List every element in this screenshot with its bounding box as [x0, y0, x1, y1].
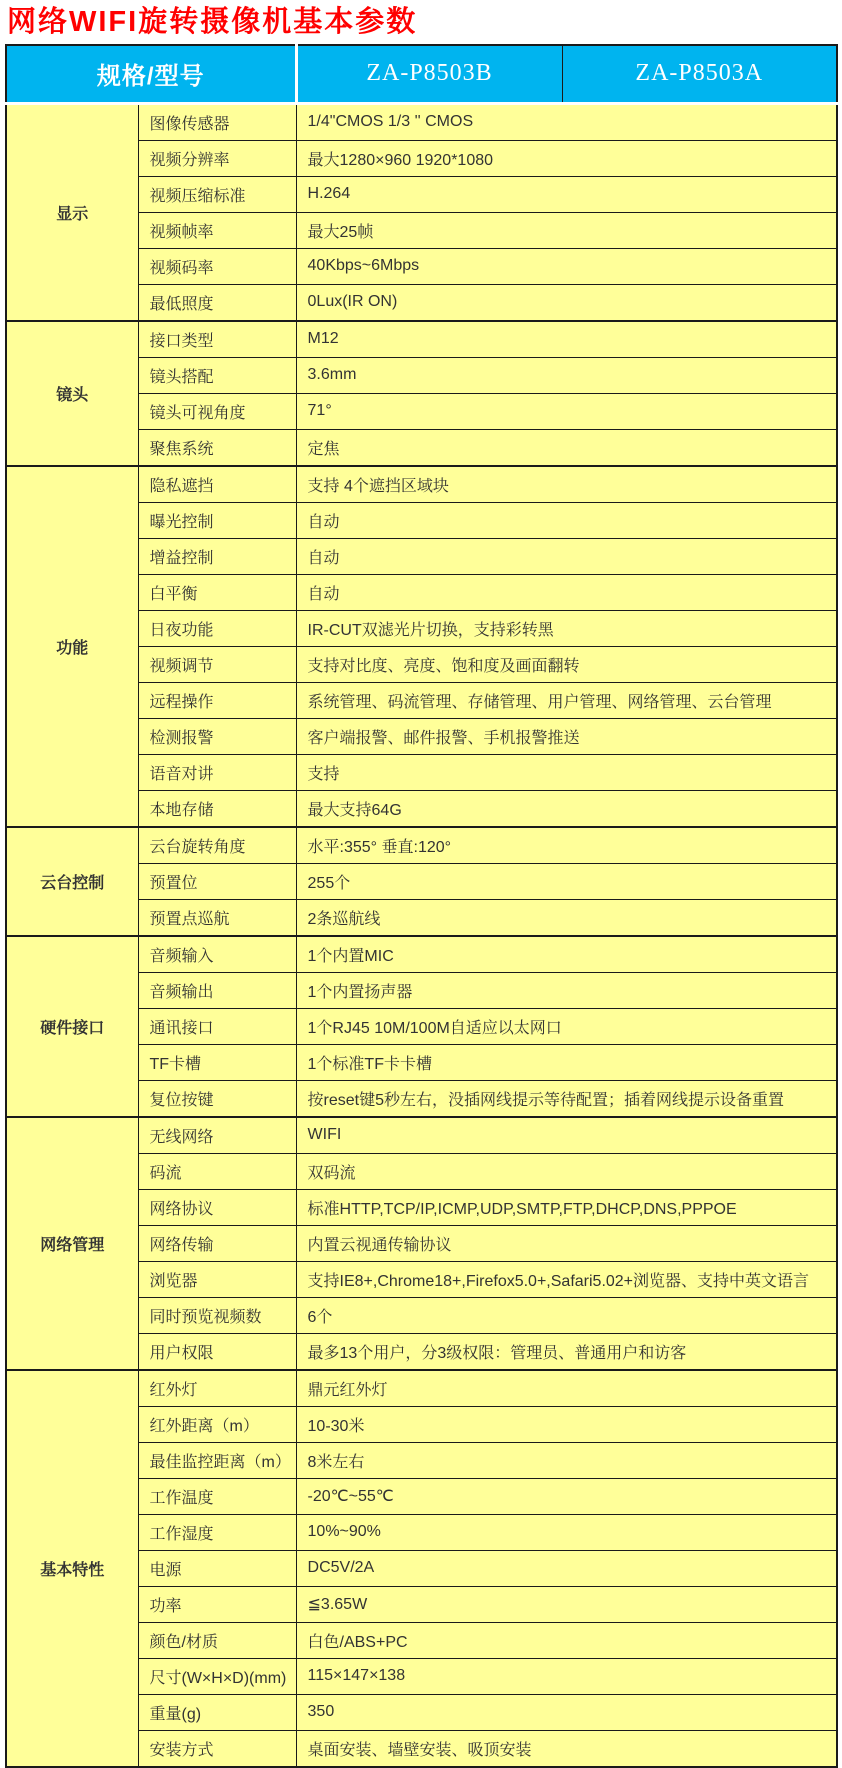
- spec-label-cell: 最佳监控距离（m）: [138, 1442, 296, 1478]
- spec-label-cell: 视频压缩标准: [138, 176, 296, 212]
- spec-value-cell: 桌面安装、墙壁安装、吸顶安装: [296, 1730, 837, 1767]
- spec-value-cell: 自动: [296, 574, 837, 610]
- spec-value-cell: ≦3.65W: [296, 1586, 837, 1622]
- spec-value-cell: 0Lux(IR ON): [296, 284, 837, 321]
- header-row: 规格/型号 ZA-P8503B ZA-P8503A: [6, 45, 837, 104]
- spec-value-cell: 双码流: [296, 1153, 837, 1189]
- spec-row: 功能隐私遮挡支持 4个遮挡区域块: [6, 466, 837, 503]
- spec-value-cell: 鼎元红外灯: [296, 1370, 837, 1407]
- table-body: 显示图像传感器1/4"CMOS 1/3 '' CMOS视频分辨率最大1280×9…: [6, 103, 837, 1767]
- spec-label-cell: 复位按键: [138, 1080, 296, 1117]
- spec-value-cell: 定焦: [296, 429, 837, 466]
- spec-label-cell: 远程操作: [138, 682, 296, 718]
- header-model-a: ZA-P8503A: [562, 45, 837, 104]
- spec-value-cell: 白色/ABS+PC: [296, 1622, 837, 1658]
- spec-value-cell: 40Kbps~6Mbps: [296, 248, 837, 284]
- spec-value-cell: 6个: [296, 1297, 837, 1333]
- spec-value-cell: 最大1280×960 1920*1080: [296, 140, 837, 176]
- spec-row: 云台控制云台旋转角度水平:355° 垂直:120°: [6, 827, 837, 864]
- spec-label-cell: 隐私遮挡: [138, 466, 296, 503]
- spec-label-cell: 网络传输: [138, 1225, 296, 1261]
- spec-label-cell: 安装方式: [138, 1730, 296, 1767]
- spec-label-cell: 尺寸(W×H×D)(mm): [138, 1658, 296, 1694]
- spec-label-cell: 本地存储: [138, 790, 296, 827]
- spec-value-cell: 115×147×138: [296, 1658, 837, 1694]
- spec-value-cell: 1个RJ45 10M/100M自适应以太网口: [296, 1008, 837, 1044]
- spec-label-cell: 接口类型: [138, 321, 296, 358]
- spec-label-cell: 网络协议: [138, 1189, 296, 1225]
- spec-value-cell: 最多13个用户，分3级权限：管理员、普通用户和访客: [296, 1333, 837, 1370]
- spec-label-cell: 图像传感器: [138, 103, 296, 140]
- spec-label-cell: 红外灯: [138, 1370, 296, 1407]
- spec-label-cell: 检测报警: [138, 718, 296, 754]
- spec-label-cell: 云台旋转角度: [138, 827, 296, 864]
- spec-value-cell: 1个内置MIC: [296, 936, 837, 973]
- spec-label-cell: 视频分辨率: [138, 140, 296, 176]
- spec-value-cell: 最大25帧: [296, 212, 837, 248]
- spec-value-cell: 按reset键5秒左右，没插网线提示等待配置；插着网线提示设备重置: [296, 1080, 837, 1117]
- spec-label-cell: 重量(g): [138, 1694, 296, 1730]
- spec-value-cell: 支持: [296, 754, 837, 790]
- spec-label-cell: 通讯接口: [138, 1008, 296, 1044]
- spec-value-cell: 1/4"CMOS 1/3 '' CMOS: [296, 103, 837, 140]
- spec-value-cell: 1个标准TF卡卡槽: [296, 1044, 837, 1080]
- table-header: 规格/型号 ZA-P8503B ZA-P8503A: [6, 45, 837, 104]
- spec-row: 显示图像传感器1/4"CMOS 1/3 '' CMOS: [6, 103, 837, 140]
- spec-value-cell: 自动: [296, 502, 837, 538]
- spec-value-cell: 最大支持64G: [296, 790, 837, 827]
- spec-label-cell: 镜头可视角度: [138, 393, 296, 429]
- spec-label-cell: 颜色/材质: [138, 1622, 296, 1658]
- spec-label-cell: TF卡槽: [138, 1044, 296, 1080]
- spec-row: 镜头接口类型M12: [6, 321, 837, 358]
- spec-value-cell: 客户端报警、邮件报警、手机报警推送: [296, 718, 837, 754]
- spec-value-cell: M12: [296, 321, 837, 358]
- spec-row: 基本特性红外灯鼎元红外灯: [6, 1370, 837, 1407]
- category-cell: 镜头: [6, 321, 138, 466]
- spec-value-cell: 1个内置扬声器: [296, 972, 837, 1008]
- spec-value-cell: 支持对比度、亮度、饱和度及画面翻转: [296, 646, 837, 682]
- spec-label-cell: 工作湿度: [138, 1514, 296, 1550]
- spec-value-cell: IR-CUT双滤光片切换，支持彩转黑: [296, 610, 837, 646]
- spec-label-cell: 镜头搭配: [138, 357, 296, 393]
- header-model-b: ZA-P8503B: [296, 45, 562, 104]
- spec-label-cell: 聚焦系统: [138, 429, 296, 466]
- spec-label-cell: 日夜功能: [138, 610, 296, 646]
- spec-value-cell: 71°: [296, 393, 837, 429]
- spec-table: 规格/型号 ZA-P8503B ZA-P8503A 显示图像传感器1/4"CMO…: [5, 44, 838, 1768]
- spec-label-cell: 语音对讲: [138, 754, 296, 790]
- category-cell: 网络管理: [6, 1117, 138, 1370]
- spec-label-cell: 视频码率: [138, 248, 296, 284]
- spec-label-cell: 预置点巡航: [138, 899, 296, 936]
- spec-label-cell: 音频输出: [138, 972, 296, 1008]
- spec-label-cell: 浏览器: [138, 1261, 296, 1297]
- spec-value-cell: 水平:355° 垂直:120°: [296, 827, 837, 864]
- page-title: 网络WIFI旋转摄像机基本参数: [0, 0, 842, 44]
- spec-row: 硬件接口音频输入1个内置MIC: [6, 936, 837, 973]
- category-cell: 硬件接口: [6, 936, 138, 1117]
- spec-label-cell: 最低照度: [138, 284, 296, 321]
- spec-label-cell: 曝光控制: [138, 502, 296, 538]
- spec-value-cell: H.264: [296, 176, 837, 212]
- spec-label-cell: 码流: [138, 1153, 296, 1189]
- spec-label-cell: 白平衡: [138, 574, 296, 610]
- spec-value-cell: 2条巡航线: [296, 899, 837, 936]
- spec-label-cell: 视频调节: [138, 646, 296, 682]
- spec-value-cell: 255个: [296, 863, 837, 899]
- spec-value-cell: 系统管理、码流管理、存储管理、用户管理、网络管理、云台管理: [296, 682, 837, 718]
- spec-value-cell: 内置云视通传输协议: [296, 1225, 837, 1261]
- spec-sheet: 网络WIFI旋转摄像机基本参数 规格/型号 ZA-P8503B ZA-P8503…: [0, 0, 842, 1768]
- spec-value-cell: 10%~90%: [296, 1514, 837, 1550]
- spec-label-cell: 视频帧率: [138, 212, 296, 248]
- category-cell: 云台控制: [6, 827, 138, 936]
- spec-label-cell: 红外距离（m）: [138, 1406, 296, 1442]
- spec-label-cell: 用户权限: [138, 1333, 296, 1370]
- category-cell: 显示: [6, 103, 138, 321]
- spec-value-cell: 8米左右: [296, 1442, 837, 1478]
- spec-label-cell: 电源: [138, 1550, 296, 1586]
- spec-value-cell: 10-30米: [296, 1406, 837, 1442]
- spec-value-cell: WIFI: [296, 1117, 837, 1154]
- spec-label-cell: 预置位: [138, 863, 296, 899]
- category-cell: 基本特性: [6, 1370, 138, 1767]
- spec-label-cell: 音频输入: [138, 936, 296, 973]
- spec-value-cell: -20℃~55℃: [296, 1478, 837, 1514]
- spec-value-cell: 标准HTTP,TCP/IP,ICMP,UDP,SMTP,FTP,DHCP,DNS…: [296, 1189, 837, 1225]
- spec-label-cell: 功率: [138, 1586, 296, 1622]
- category-cell: 功能: [6, 466, 138, 827]
- spec-value-cell: 350: [296, 1694, 837, 1730]
- spec-value-cell: 自动: [296, 538, 837, 574]
- spec-label-cell: 同时预览视频数: [138, 1297, 296, 1333]
- spec-value-cell: DC5V/2A: [296, 1550, 837, 1586]
- spec-value-cell: 3.6mm: [296, 357, 837, 393]
- header-spec-label: 规格/型号: [6, 45, 296, 104]
- spec-row: 网络管理无线网络WIFI: [6, 1117, 837, 1154]
- spec-label-cell: 增益控制: [138, 538, 296, 574]
- spec-label-cell: 工作温度: [138, 1478, 296, 1514]
- spec-value-cell: 支持 4个遮挡区域块: [296, 466, 837, 503]
- spec-label-cell: 无线网络: [138, 1117, 296, 1154]
- spec-value-cell: 支持IE8+,Chrome18+,Firefox5.0+,Safari5.02+…: [296, 1261, 837, 1297]
